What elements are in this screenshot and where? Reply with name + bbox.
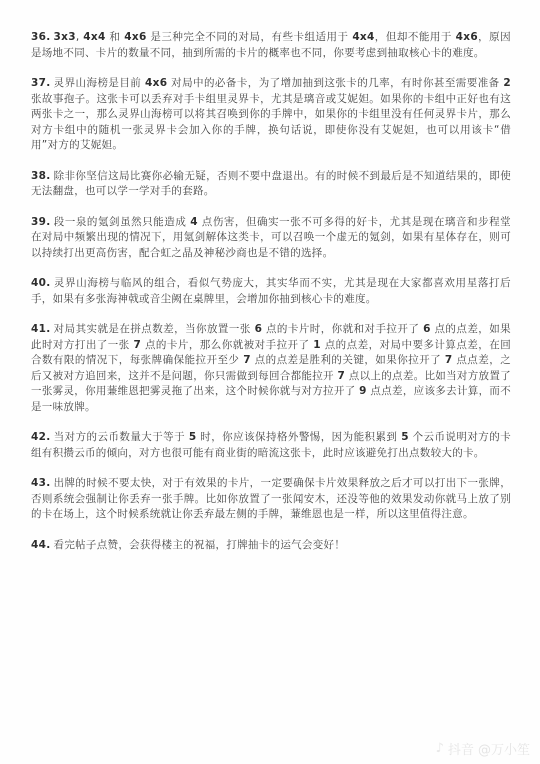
- paragraph: 37.灵界山海榜是目前 4x6 对局中的必备卡，为了增加抽到这张卡的几率，有时你…: [31, 76, 511, 154]
- paragraph-number: 42.: [31, 431, 51, 443]
- paragraph-text: 出牌的时候不要太快，对于有效果的卡片，一定要确保卡片效果释放之后才可以打出下一张…: [31, 477, 511, 520]
- paragraph: 41.对局其实就是在拼点数差，当你放置一张 6 点的卡片时，你就和对手拉开了 6…: [31, 322, 511, 415]
- paragraph-text: 对局其实就是在拼点数差，当你放置一张 6 点的卡片时，你就和对手拉开了 6 点的…: [31, 323, 511, 413]
- paragraph-number: 43.: [31, 477, 51, 489]
- paragraph: 38.除非你坚信这局比赛你必输无疑，否则不要中盘退出。有的时候不到最后是不知道结…: [31, 169, 511, 200]
- paragraph-number: 41.: [31, 323, 51, 335]
- paragraph-number: 39.: [31, 216, 51, 228]
- douyin-note-icon: ♪: [436, 741, 444, 756]
- paragraph: 36.3x3, 4x4 和 4x6 是三种完全不同的对局，有些卡组适用于 4x4…: [31, 30, 511, 61]
- paragraph-text: 3x3, 4x4 和 4x6 是三种完全不同的对局，有些卡组适用于 4x4，但却…: [31, 31, 511, 59]
- paragraph-text: 看完帖子点赞，会获得楼主的祝福，打牌抽卡的运气会变好！: [54, 539, 346, 551]
- paragraph: 44.看完帖子点赞，会获得楼主的祝福，打牌抽卡的运气会变好！: [31, 538, 511, 554]
- paragraph: 42.当对方的云币数量大于等于 5 时，你应该保持格外警惕，因为能积累到 5 个…: [31, 430, 511, 461]
- paragraph: 40.灵界山海榜与临风的组合，看似气势庞大，其实华而不实，尤其是现在大家都喜欢用…: [31, 276, 511, 307]
- watermark-handle: @万小笙: [478, 739, 530, 758]
- tips-list: 36.3x3, 4x4 和 4x6 是三种完全不同的对局，有些卡组适用于 4x4…: [0, 0, 540, 553]
- watermark-platform: 抖音: [448, 739, 474, 758]
- paragraph-text: 灵界山海榜与临风的组合，看似气势庞大，其实华而不实，尤其是现在大家都喜欢用星落打…: [31, 277, 511, 305]
- paragraph-number: 38.: [31, 170, 51, 182]
- paragraph-number: 36.: [31, 31, 51, 43]
- paragraph-text: 当对方的云币数量大于等于 5 时，你应该保持格外警惕，因为能积累到 5 个云币说…: [31, 431, 511, 459]
- paragraph-text: 灵界山海榜是目前 4x6 对局中的必备卡，为了增加抽到这张卡的几率，有时你甚至需…: [31, 77, 511, 151]
- paragraph-number: 37.: [31, 77, 51, 89]
- paragraph: 39.段一泉的氪剑虽然只能造成 4 点伤害，但确实一张不可多得的好卡，尤其是现在…: [31, 215, 511, 262]
- paragraph: 43.出牌的时候不要太快，对于有效果的卡片，一定要确保卡片效果释放之后才可以打出…: [31, 476, 511, 523]
- paragraph-number: 44.: [31, 539, 51, 551]
- watermark: ♪ 抖音 @万小笙: [436, 739, 530, 758]
- paragraph-text: 段一泉的氪剑虽然只能造成 4 点伤害，但确实一张不可多得的好卡，尤其是现在璃音和…: [31, 216, 511, 259]
- document-page: 36.3x3, 4x4 和 4x6 是三种完全不同的对局，有些卡组适用于 4x4…: [0, 0, 540, 764]
- paragraph-number: 40.: [31, 277, 51, 289]
- paragraph-text: 除非你坚信这局比赛你必输无疑，否则不要中盘退出。有的时候不到最后是不知道结果的，…: [31, 170, 511, 198]
